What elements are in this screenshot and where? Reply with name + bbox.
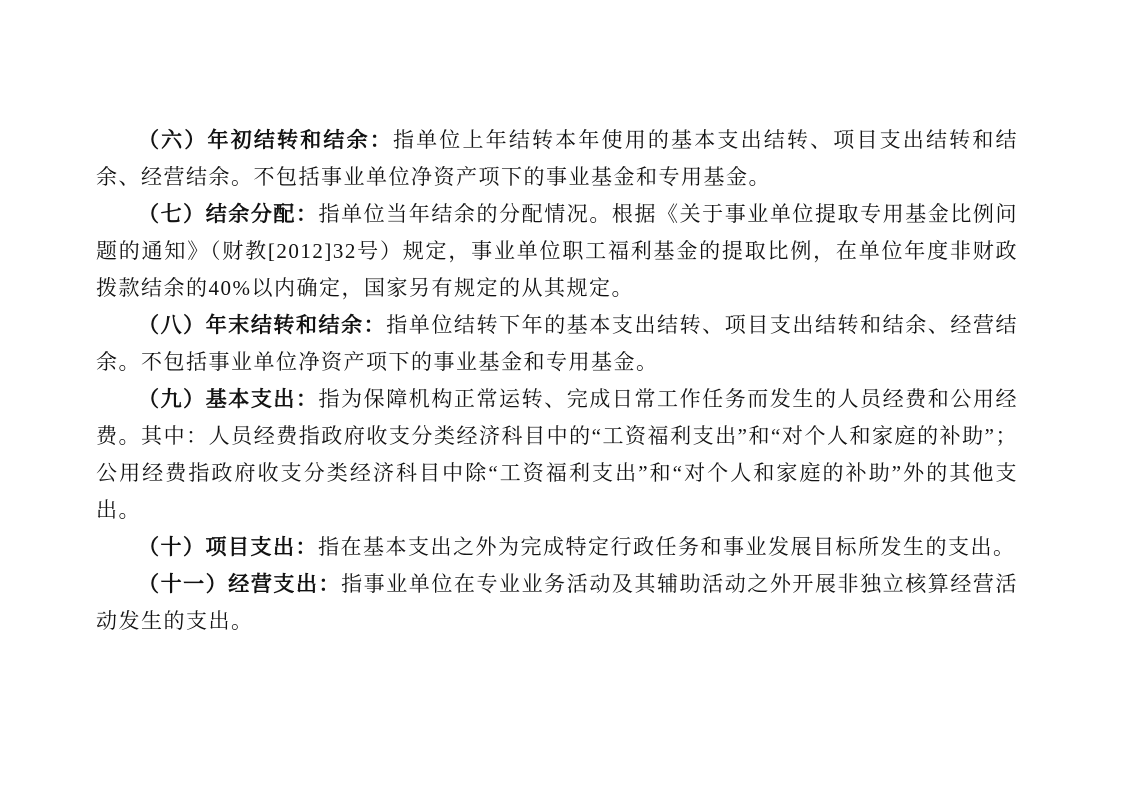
paragraph-item-7: （七）结余分配：指单位当年结余的分配情况。根据《关于事业单位提取专用基金比例问题… — [96, 196, 1018, 307]
term-label: （十一）经营支出： — [138, 572, 341, 596]
term-label: （七）结余分配： — [138, 202, 319, 226]
paragraph-item-9: （九）基本支出：指为保障机构正常运转、完成日常工作任务而发生的人员经费和公用经费… — [96, 381, 1018, 529]
term-label: （八）年末结转和结余： — [138, 313, 386, 337]
paragraph-item-6: （六）年初结转和结余：指单位上年结转本年使用的基本支出结转、项目支出结转和结余、… — [96, 122, 1018, 196]
paragraph-item-10: （十）项目支出：指在基本支出之外为完成特定行政任务和事业发展目标所发生的支出。 — [96, 529, 1018, 566]
term-label: （九）基本支出： — [138, 387, 319, 411]
document-page: （六）年初结转和结余：指单位上年结转本年使用的基本支出结转、项目支出结转和结余、… — [0, 0, 1122, 794]
document-body: （六）年初结转和结余：指单位上年结转本年使用的基本支出结转、项目支出结转和结余、… — [96, 122, 1018, 640]
term-label: （十）项目支出： — [138, 535, 318, 559]
paragraph-item-8: （八）年末结转和结余：指单位结转下年的基本支出结转、项目支出结转和结余、经营结余… — [96, 307, 1018, 381]
term-definition: 指在基本支出之外为完成特定行政任务和事业发展目标所发生的支出。 — [318, 535, 1016, 559]
term-label: （六）年初结转和结余： — [138, 128, 393, 152]
paragraph-item-11: （十一）经营支出：指事业单位在专业业务活动及其辅助活动之外开展非独立核算经营活动… — [96, 566, 1018, 640]
